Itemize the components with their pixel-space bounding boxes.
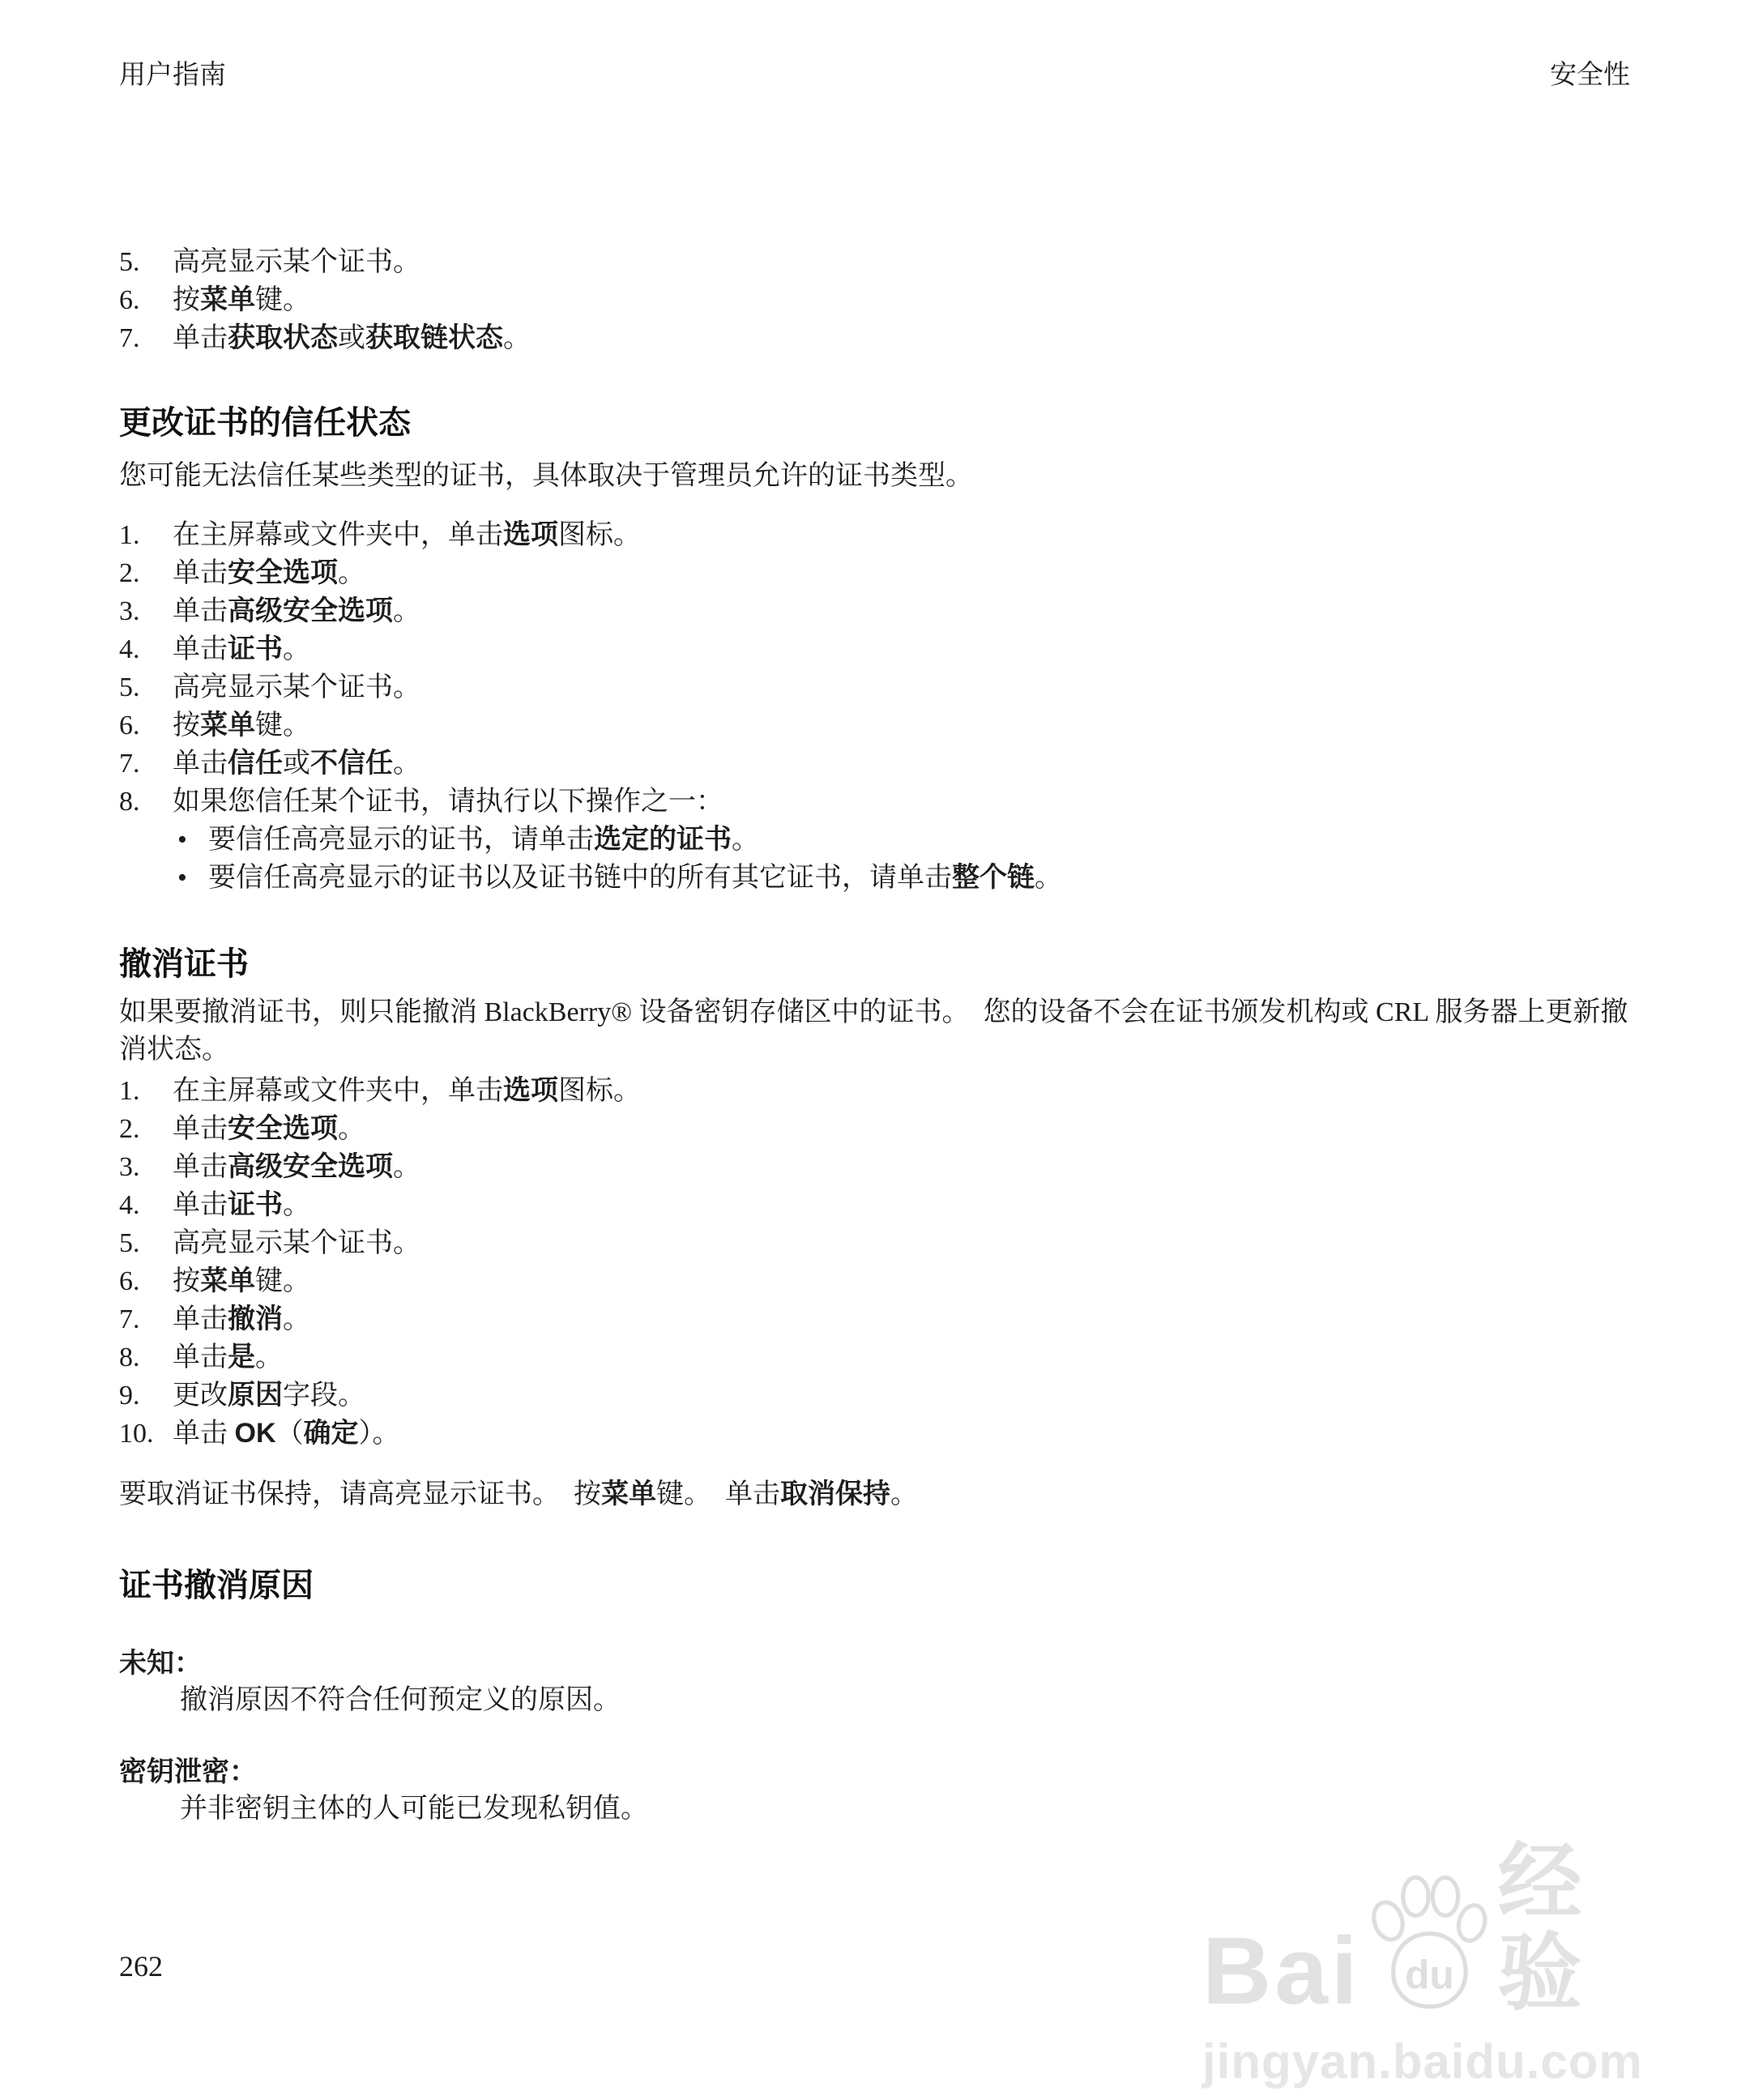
- list-item: 1. 在主屏幕或文件夹中，单击选项图标。: [119, 1072, 1630, 1110]
- list-item: 5. 高亮显示某个证书。: [119, 668, 1630, 706]
- list-item-number: 2.: [119, 1110, 173, 1148]
- page-body: 5. 高亮显示某个证书。 6. 按菜单键。 7. 单击获取状态或获取链状态。 更…: [0, 243, 1750, 1828]
- list-item: 2. 单击安全选项。: [119, 554, 1630, 592]
- list-item-number: 5.: [119, 668, 173, 706]
- revoke-step-list: 1. 在主屏幕或文件夹中，单击选项图标。 2. 单击安全选项。 3. 单击高级安…: [119, 1072, 1630, 1453]
- list-item-text: 单击高级安全选项。: [173, 592, 420, 630]
- section-heading-reasons: 证书撤消原因: [119, 1565, 1630, 1606]
- list-item-text: 按菜单键。: [173, 706, 310, 745]
- list-item-number: 3.: [119, 1148, 173, 1186]
- watermark-brand-latin: Bai: [1202, 1923, 1361, 2019]
- reason-term: 密钥泄密：: [119, 1753, 1630, 1791]
- section-heading-revoke: 撤消证书: [119, 944, 1630, 984]
- list-item: 7. 单击获取状态或获取链状态。: [119, 319, 1630, 357]
- list-item: 2. 单击安全选项。: [119, 1110, 1630, 1148]
- list-item: 4. 单击证书。: [119, 1186, 1630, 1224]
- list-item-number: 7.: [119, 1300, 173, 1338]
- list-item-text: 单击是。: [173, 1338, 283, 1377]
- bullet-item: • 要信任高亮显示的证书，请单击选定的证书。: [119, 821, 1630, 859]
- section-heading-change-trust: 更改证书的信任状态: [119, 403, 1630, 443]
- document-page: 用户指南 安全性 5. 高亮显示某个证书。 6. 按菜单键。 7. 单击获取状态…: [0, 0, 1750, 2100]
- watermark-url: jingyan.baidu.com: [1202, 2035, 1656, 2089]
- list-item: 5. 高亮显示某个证书。: [119, 243, 1630, 281]
- list-item-number: 7.: [119, 745, 173, 783]
- list-item-text: 高亮显示某个证书。: [173, 1224, 420, 1262]
- list-item-text: 单击证书。: [173, 1186, 310, 1224]
- list-item: 1. 在主屏幕或文件夹中，单击选项图标。: [119, 516, 1630, 554]
- bullet-marker: •: [177, 859, 208, 897]
- bullet-item: • 要信任高亮显示的证书以及证书链中的所有其它证书，请单击整个链。: [119, 859, 1630, 897]
- list-item: 10. 单击 OK（确定）。: [119, 1415, 1630, 1453]
- watermark-paw-text: du: [1405, 1953, 1454, 1998]
- list-item: 6. 按菜单键。: [119, 1262, 1630, 1300]
- list-item: 9. 更改原因字段。: [119, 1377, 1630, 1415]
- list-item-number: 4.: [119, 1186, 173, 1224]
- header-right-label: 安全性: [1550, 58, 1630, 92]
- list-item: 8. 单击是。: [119, 1338, 1630, 1377]
- section-intro-paragraph: 您可能无法信任某些类型的证书，具体取决于管理员允许的证书类型。: [119, 458, 1630, 495]
- list-item-text: 单击证书。: [173, 630, 310, 668]
- list-item: 3. 单击高级安全选项。: [119, 1148, 1630, 1186]
- list-item-number: 5.: [119, 1224, 173, 1262]
- list-item-text: 单击获取状态或获取链状态。: [173, 319, 531, 357]
- paw-icon: du: [1366, 1868, 1493, 2019]
- list-item-number: 6.: [119, 281, 173, 319]
- list-item-number: 6.: [119, 706, 173, 745]
- list-item-number: 10.: [119, 1415, 173, 1453]
- continued-step-list: 5. 高亮显示某个证书。 6. 按菜单键。 7. 单击获取状态或获取链状态。: [119, 243, 1630, 357]
- list-item-number: 9.: [119, 1377, 173, 1415]
- list-item-number: 8.: [119, 783, 173, 821]
- list-item-text: 在主屏幕或文件夹中，单击选项图标。: [173, 1072, 641, 1110]
- section-intro-paragraph: 如果要撤消证书，则只能撤消 BlackBerry® 设备密钥存储区中的证书。 您…: [119, 994, 1630, 1069]
- list-item: 6. 按菜单键。: [119, 281, 1630, 319]
- hold-cancel-note: 要取消证书保持，请高亮显示证书。 按菜单键。 单击取消保持。: [119, 1475, 1630, 1513]
- reason-term: 未知：: [119, 1645, 1630, 1682]
- list-item-text: 在主屏幕或文件夹中，单击选项图标。: [173, 516, 641, 554]
- list-item-text: 按菜单键。: [173, 281, 310, 319]
- page-header: 用户指南 安全性: [0, 0, 1750, 92]
- list-item-text: 单击撤消。: [173, 1300, 310, 1338]
- list-item-text: 单击安全选项。: [173, 1110, 365, 1148]
- list-item-number: 2.: [119, 554, 173, 592]
- header-left-label: 用户指南: [119, 58, 226, 92]
- list-item-number: 7.: [119, 319, 173, 357]
- list-item-number: 1.: [119, 516, 173, 554]
- list-item: 7. 单击信任或不信任。: [119, 745, 1630, 783]
- list-item: 6. 按菜单键。: [119, 706, 1630, 745]
- list-item: 3. 单击高级安全选项。: [119, 592, 1630, 630]
- reason-definition: 并非密钥主体的人可能已发现私钥值。: [119, 1791, 1630, 1828]
- list-item-text: 单击信任或不信任。: [173, 745, 420, 783]
- baidu-jingyan-watermark: Bai du 经验 jingyan.baidu.com: [1202, 1837, 1656, 2089]
- page-number: 262: [119, 1948, 163, 1984]
- trust-step-list: 1. 在主屏幕或文件夹中，单击选项图标。 2. 单击安全选项。 3. 单击高级安…: [119, 516, 1630, 897]
- reason-definition: 撤消原因不符合任何预定义的原因。: [119, 1682, 1630, 1719]
- list-item: 5. 高亮显示某个证书。: [119, 1224, 1630, 1262]
- list-item: 8. 如果您信任某个证书，请执行以下操作之一：: [119, 783, 1630, 821]
- list-item-text: 单击 OK（确定）。: [173, 1415, 400, 1453]
- bullet-item-text: 要信任高亮显示的证书以及证书链中的所有其它证书，请单击整个链。: [208, 859, 1062, 897]
- watermark-brand-cjk: 经验: [1497, 1837, 1656, 2019]
- list-item: 4. 单击证书。: [119, 630, 1630, 668]
- list-item-text: 更改原因字段。: [173, 1377, 365, 1415]
- list-item-text: 单击安全选项。: [173, 554, 365, 592]
- list-item: 7. 单击撤消。: [119, 1300, 1630, 1338]
- list-item-text: 高亮显示某个证书。: [173, 668, 420, 706]
- list-item-text: 按菜单键。: [173, 1262, 310, 1300]
- list-item-number: 5.: [119, 243, 173, 281]
- list-item-number: 8.: [119, 1338, 173, 1377]
- bullet-marker: •: [177, 821, 208, 859]
- list-item-number: 4.: [119, 630, 173, 668]
- list-item-number: 3.: [119, 592, 173, 630]
- list-item-number: 1.: [119, 1072, 173, 1110]
- watermark-logo-row: Bai du 经验: [1202, 1837, 1656, 2019]
- list-item-number: 6.: [119, 1262, 173, 1300]
- list-item-text: 单击高级安全选项。: [173, 1148, 420, 1186]
- bullet-item-text: 要信任高亮显示的证书，请单击选定的证书。: [208, 821, 759, 859]
- list-item-text: 高亮显示某个证书。: [173, 243, 420, 281]
- list-item-text: 如果您信任某个证书，请执行以下操作之一：: [173, 783, 723, 821]
